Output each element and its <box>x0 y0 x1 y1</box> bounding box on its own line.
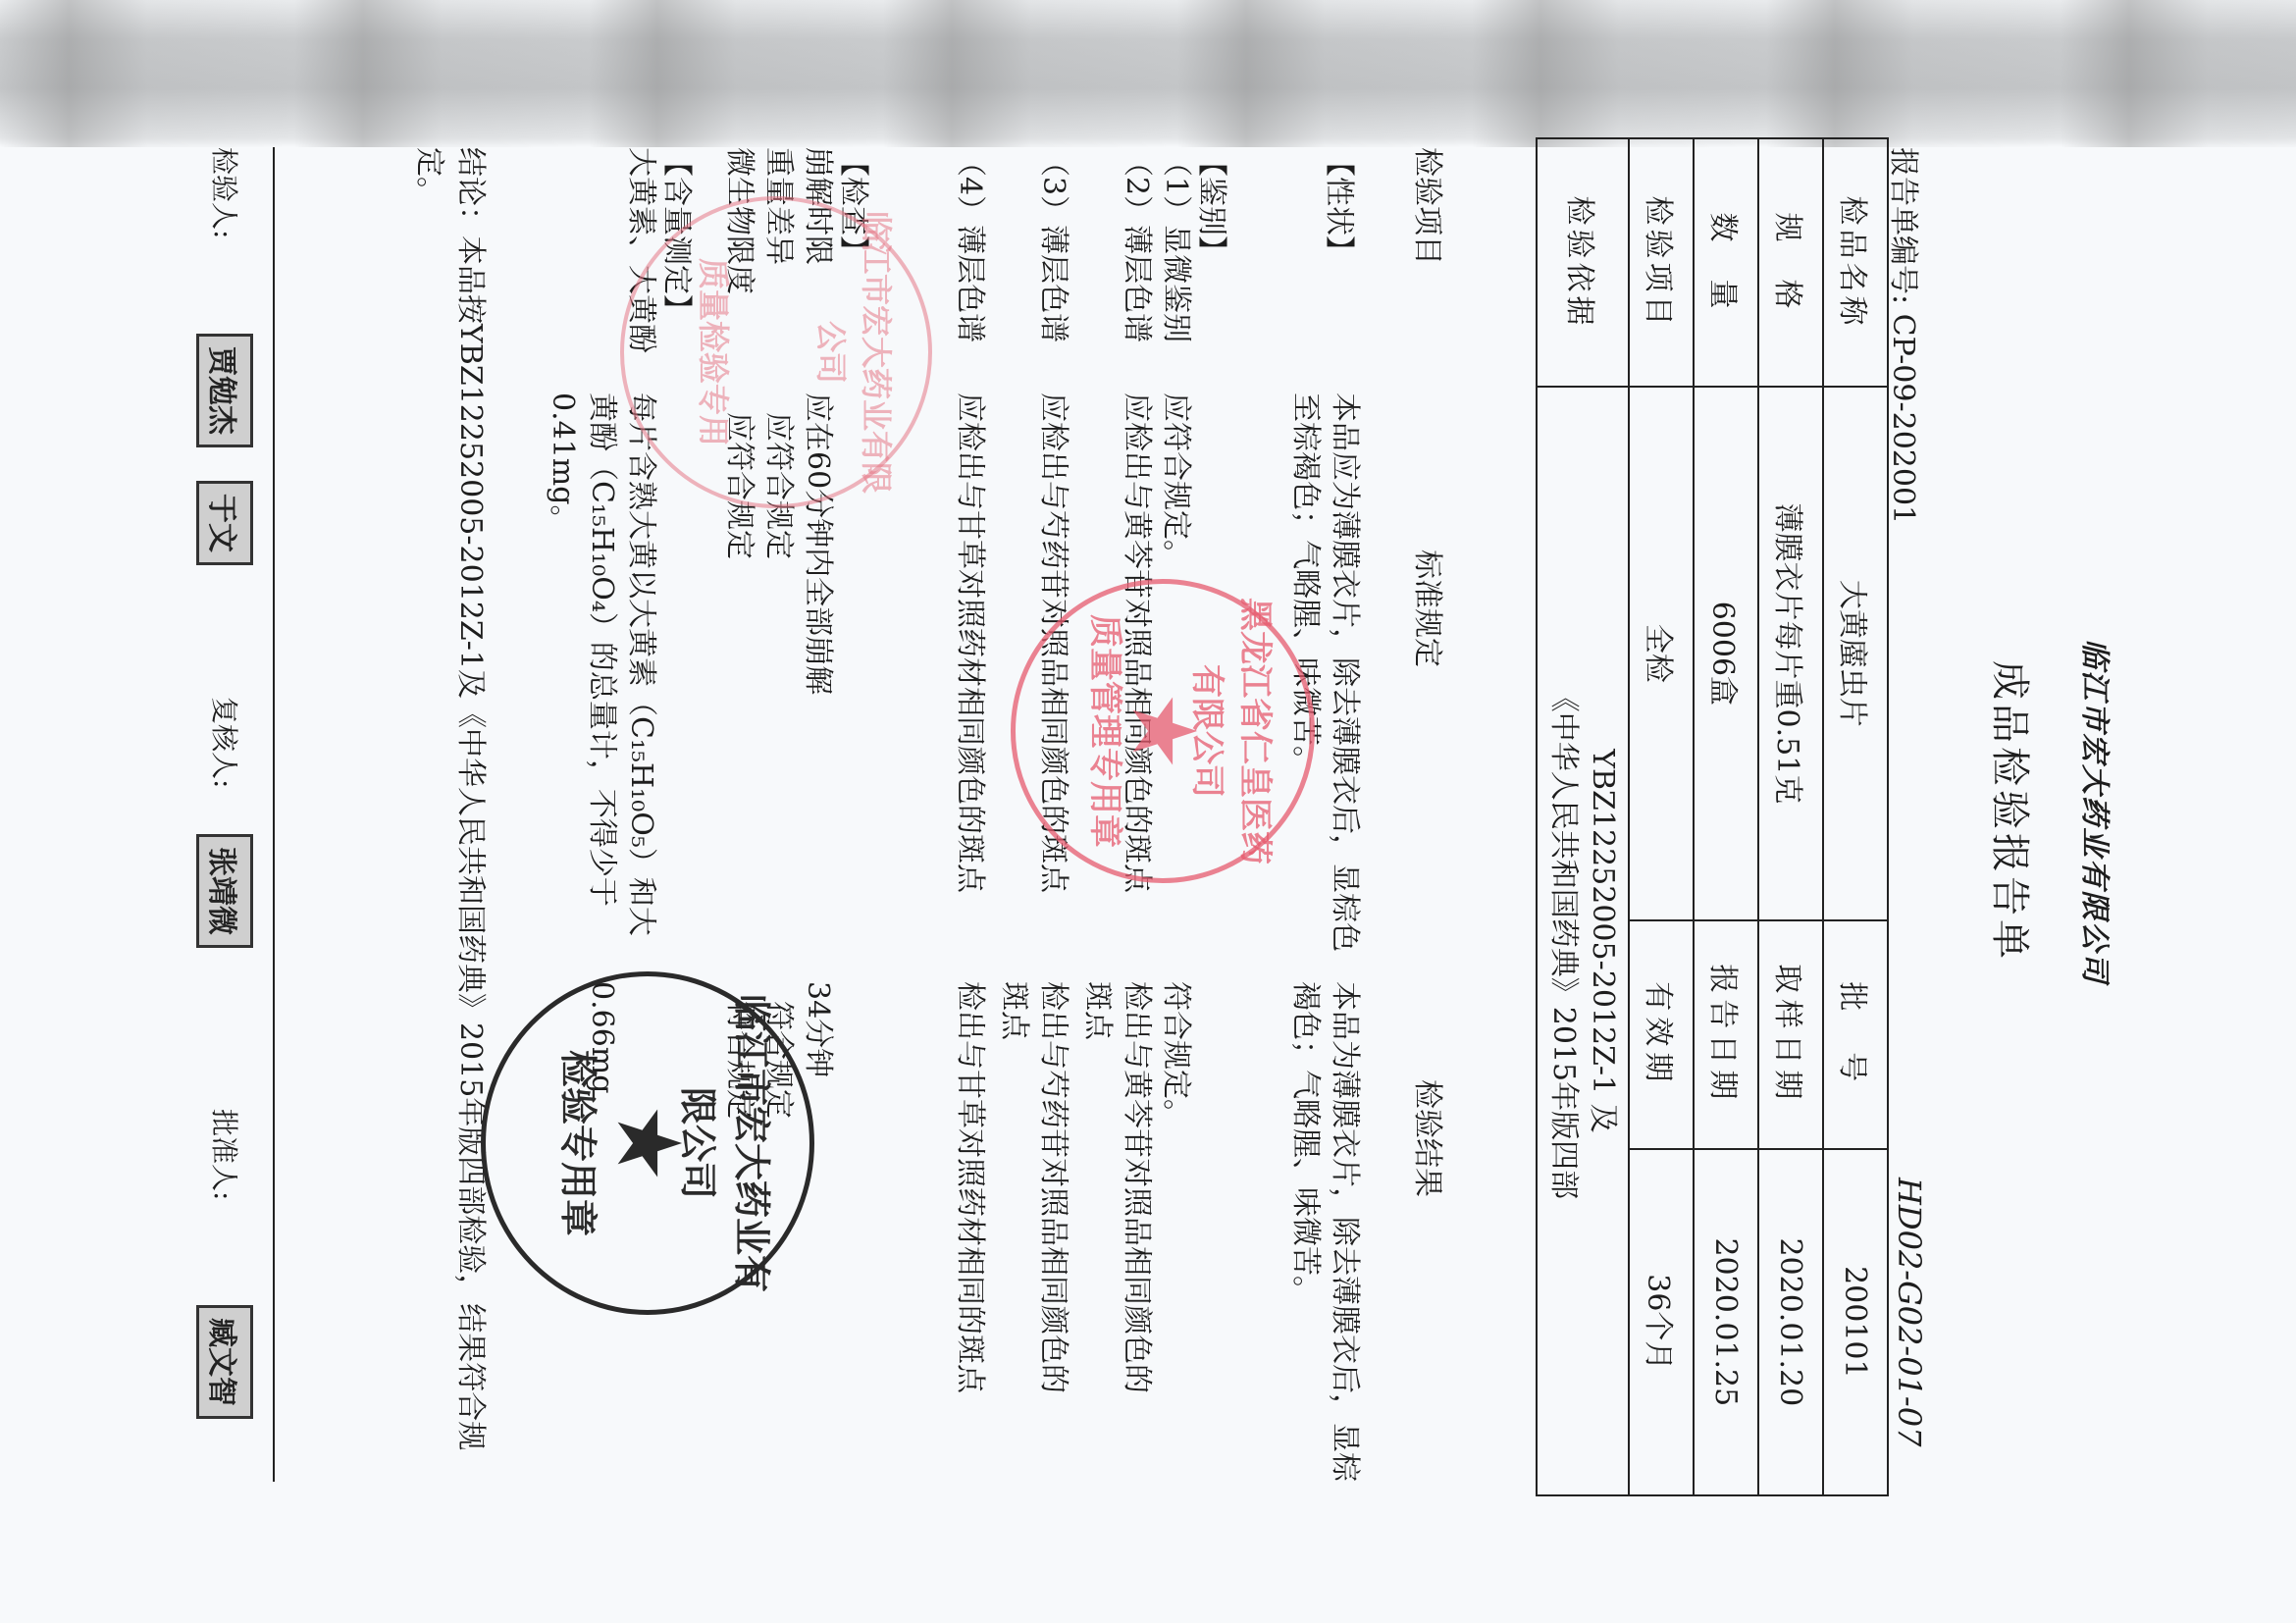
table-row: 规 格 薄膜衣片每片重0.51克 取样日期 2020.01.20 <box>1758 138 1823 1495</box>
approver-seal: 臧文智 <box>196 1305 253 1419</box>
basis-value: YBZ12252005-2012Z-1 及 《中华人民共和国药典》2015年版四… <box>1537 387 1629 1495</box>
inspection-item-name: 微生物限度 <box>719 147 758 294</box>
assay-name: 大黄素、大黄酚 <box>621 147 660 353</box>
spec-label: 规 格 <box>1758 138 1823 387</box>
table-row: 检验项目 全检 有效期 36个月 <box>1629 138 1694 1495</box>
sampling-date-value: 2020.01.20 <box>1758 1149 1823 1495</box>
appearance-result: 本品为薄膜衣片，除去薄膜衣后，显棕褐色；气略腥、味微苦。 <box>1285 981 1364 1482</box>
inspector-seal-2: 于文 <box>196 481 253 565</box>
identification-item-standard: 应符合规定。 <box>1156 393 1195 952</box>
spec-value: 薄膜衣片每片重0.51克 <box>1758 387 1823 920</box>
product-name-label: 检品名称 <box>1823 138 1888 387</box>
inspection-item-standard: 应符合规定 <box>719 412 758 559</box>
identification-item-standard: 应检出与芍药苷对照品相同颜色的斑点 <box>1033 393 1072 952</box>
approver-label: 批准人: <box>206 1109 245 1200</box>
basis-line-1: YBZ12252005-2012Z-1 及 <box>1583 397 1622 1485</box>
column-header-item: 检验项目 <box>1409 147 1452 265</box>
identification-item-name: （4）薄层色谱 <box>950 147 989 383</box>
inspection-item-result: 34分钟 <box>798 981 837 1077</box>
signature-divider <box>273 147 275 1482</box>
report-number: 报告单编号: CP-09-202001 <box>1885 147 1928 524</box>
test-items-label: 检验项目 <box>1629 138 1694 387</box>
inspection-item-standard: 应符合规定 <box>758 412 798 559</box>
inspection-item-result: 符合规定 <box>719 1001 758 1119</box>
report-number-value: CP-09-202001 <box>1886 314 1920 524</box>
identification-item-result: 检出与芍药苷对照品相同颜色的斑点 <box>994 981 1072 1413</box>
assay-result: 0.66mg <box>582 981 621 1093</box>
product-info-table: 检品名称 大黄䗪虫片 批 号 200101 规 格 薄膜衣片每片重0.51克 取… <box>1536 137 1889 1496</box>
section-inspection-title: 【检查】 <box>835 147 878 265</box>
identification-item-standard: 应检出与甘草对照药材相同颜色的斑点 <box>950 393 989 952</box>
test-items-value: 全检 <box>1629 387 1694 920</box>
inspection-item-result: 符合规定 <box>758 1001 798 1119</box>
quantity-label: 数 量 <box>1694 138 1758 387</box>
section-appearance-title: 【性状】 <box>1321 147 1364 265</box>
column-header-result: 检验结果 <box>1409 1079 1452 1197</box>
report-date-label: 报告日期 <box>1694 920 1758 1149</box>
assay-standard: 每片含熟大黄以大黄素（C₁₅H₁₀O₅）和大黄酚（C₁₅H₁₀O₄）的总量计，不… <box>543 393 660 952</box>
inspector-label: 检验人: <box>206 147 245 238</box>
table-row: 数 量 6006盒 报告日期 2020.01.25 <box>1694 138 1758 1495</box>
product-name-value: 大黄䗪虫片 <box>1823 387 1888 920</box>
inspection-item-name: 崩解时限 <box>798 147 837 265</box>
basis-label: 检验依据 <box>1537 138 1629 387</box>
reviewer-seal: 张靖微 <box>196 834 253 948</box>
identification-item-name: （1）显微鉴别 <box>1156 147 1195 383</box>
appearance-standard: 本品应为薄膜衣片，除去薄膜衣后，显棕色至棕褐色；气略腥、味微苦。 <box>1285 393 1364 952</box>
conclusion: 结论：本品按YBZ12252005-2012Z-1及《中华人民共和国药典》201… <box>408 147 491 1482</box>
identification-item-result: 符合规定。 <box>1156 981 1195 1413</box>
section-assay-title: 【含量测定】 <box>658 147 702 324</box>
table-row: 检验依据 YBZ12252005-2012Z-1 及 《中华人民共和国药典》20… <box>1537 138 1629 1495</box>
table-row: 检品名称 大黄䗪虫片 批 号 200101 <box>1823 138 1888 1495</box>
identification-item-result: 检出与甘草对照药材相同的斑点 <box>950 981 989 1413</box>
section-identification-title: 【鉴别】 <box>1193 147 1236 265</box>
inspection-item-name: 重量差异 <box>758 147 798 265</box>
reviewer-label: 复核人: <box>206 697 245 788</box>
batch-label: 批 号 <box>1823 920 1888 1149</box>
basis-line-2: 《中华人民共和国药典》2015年版四部 <box>1543 397 1583 1485</box>
page-title: 成品检验报告单 <box>1985 0 2041 1623</box>
company-name: 临江市宏大药业有限公司 <box>2076 0 2119 1623</box>
stamp-ring-text: 黑龙江省仁皇医药有限公司 <box>1186 584 1282 878</box>
identification-item-name: （3）薄层色谱 <box>1033 147 1072 383</box>
report-number-label: 报告单编号: <box>1886 147 1920 304</box>
report-date-value: 2020.01.25 <box>1694 1149 1758 1495</box>
identification-item-standard: 应检出与黄芩苷对照品相同颜色的斑点 <box>1117 393 1156 952</box>
column-header-standard: 标准规定 <box>1409 550 1452 667</box>
inspection-report-page: 临江市宏大药业有限公司 成品检验报告单 报告单编号: CP-09-202001 … <box>0 0 2296 1623</box>
sampling-date-label: 取样日期 <box>1758 920 1823 1149</box>
form-code: HD02-G02-01-07 <box>1891 1178 1928 1446</box>
validity-label: 有效期 <box>1629 920 1694 1149</box>
identification-item-name: （2）薄层色谱 <box>1117 147 1156 383</box>
validity-value: 36个月 <box>1629 1149 1694 1495</box>
quantity-value: 6006盒 <box>1694 387 1758 920</box>
inspector-seal-1: 贾勉杰 <box>196 334 253 447</box>
identification-item-result: 检出与黄芩苷对照品相同颜色的斑点 <box>1077 981 1156 1413</box>
star-icon: ★ <box>603 1104 692 1183</box>
inspection-item-standard: 应在60分钟内全部崩解 <box>798 393 837 695</box>
batch-value: 200101 <box>1823 1149 1888 1495</box>
